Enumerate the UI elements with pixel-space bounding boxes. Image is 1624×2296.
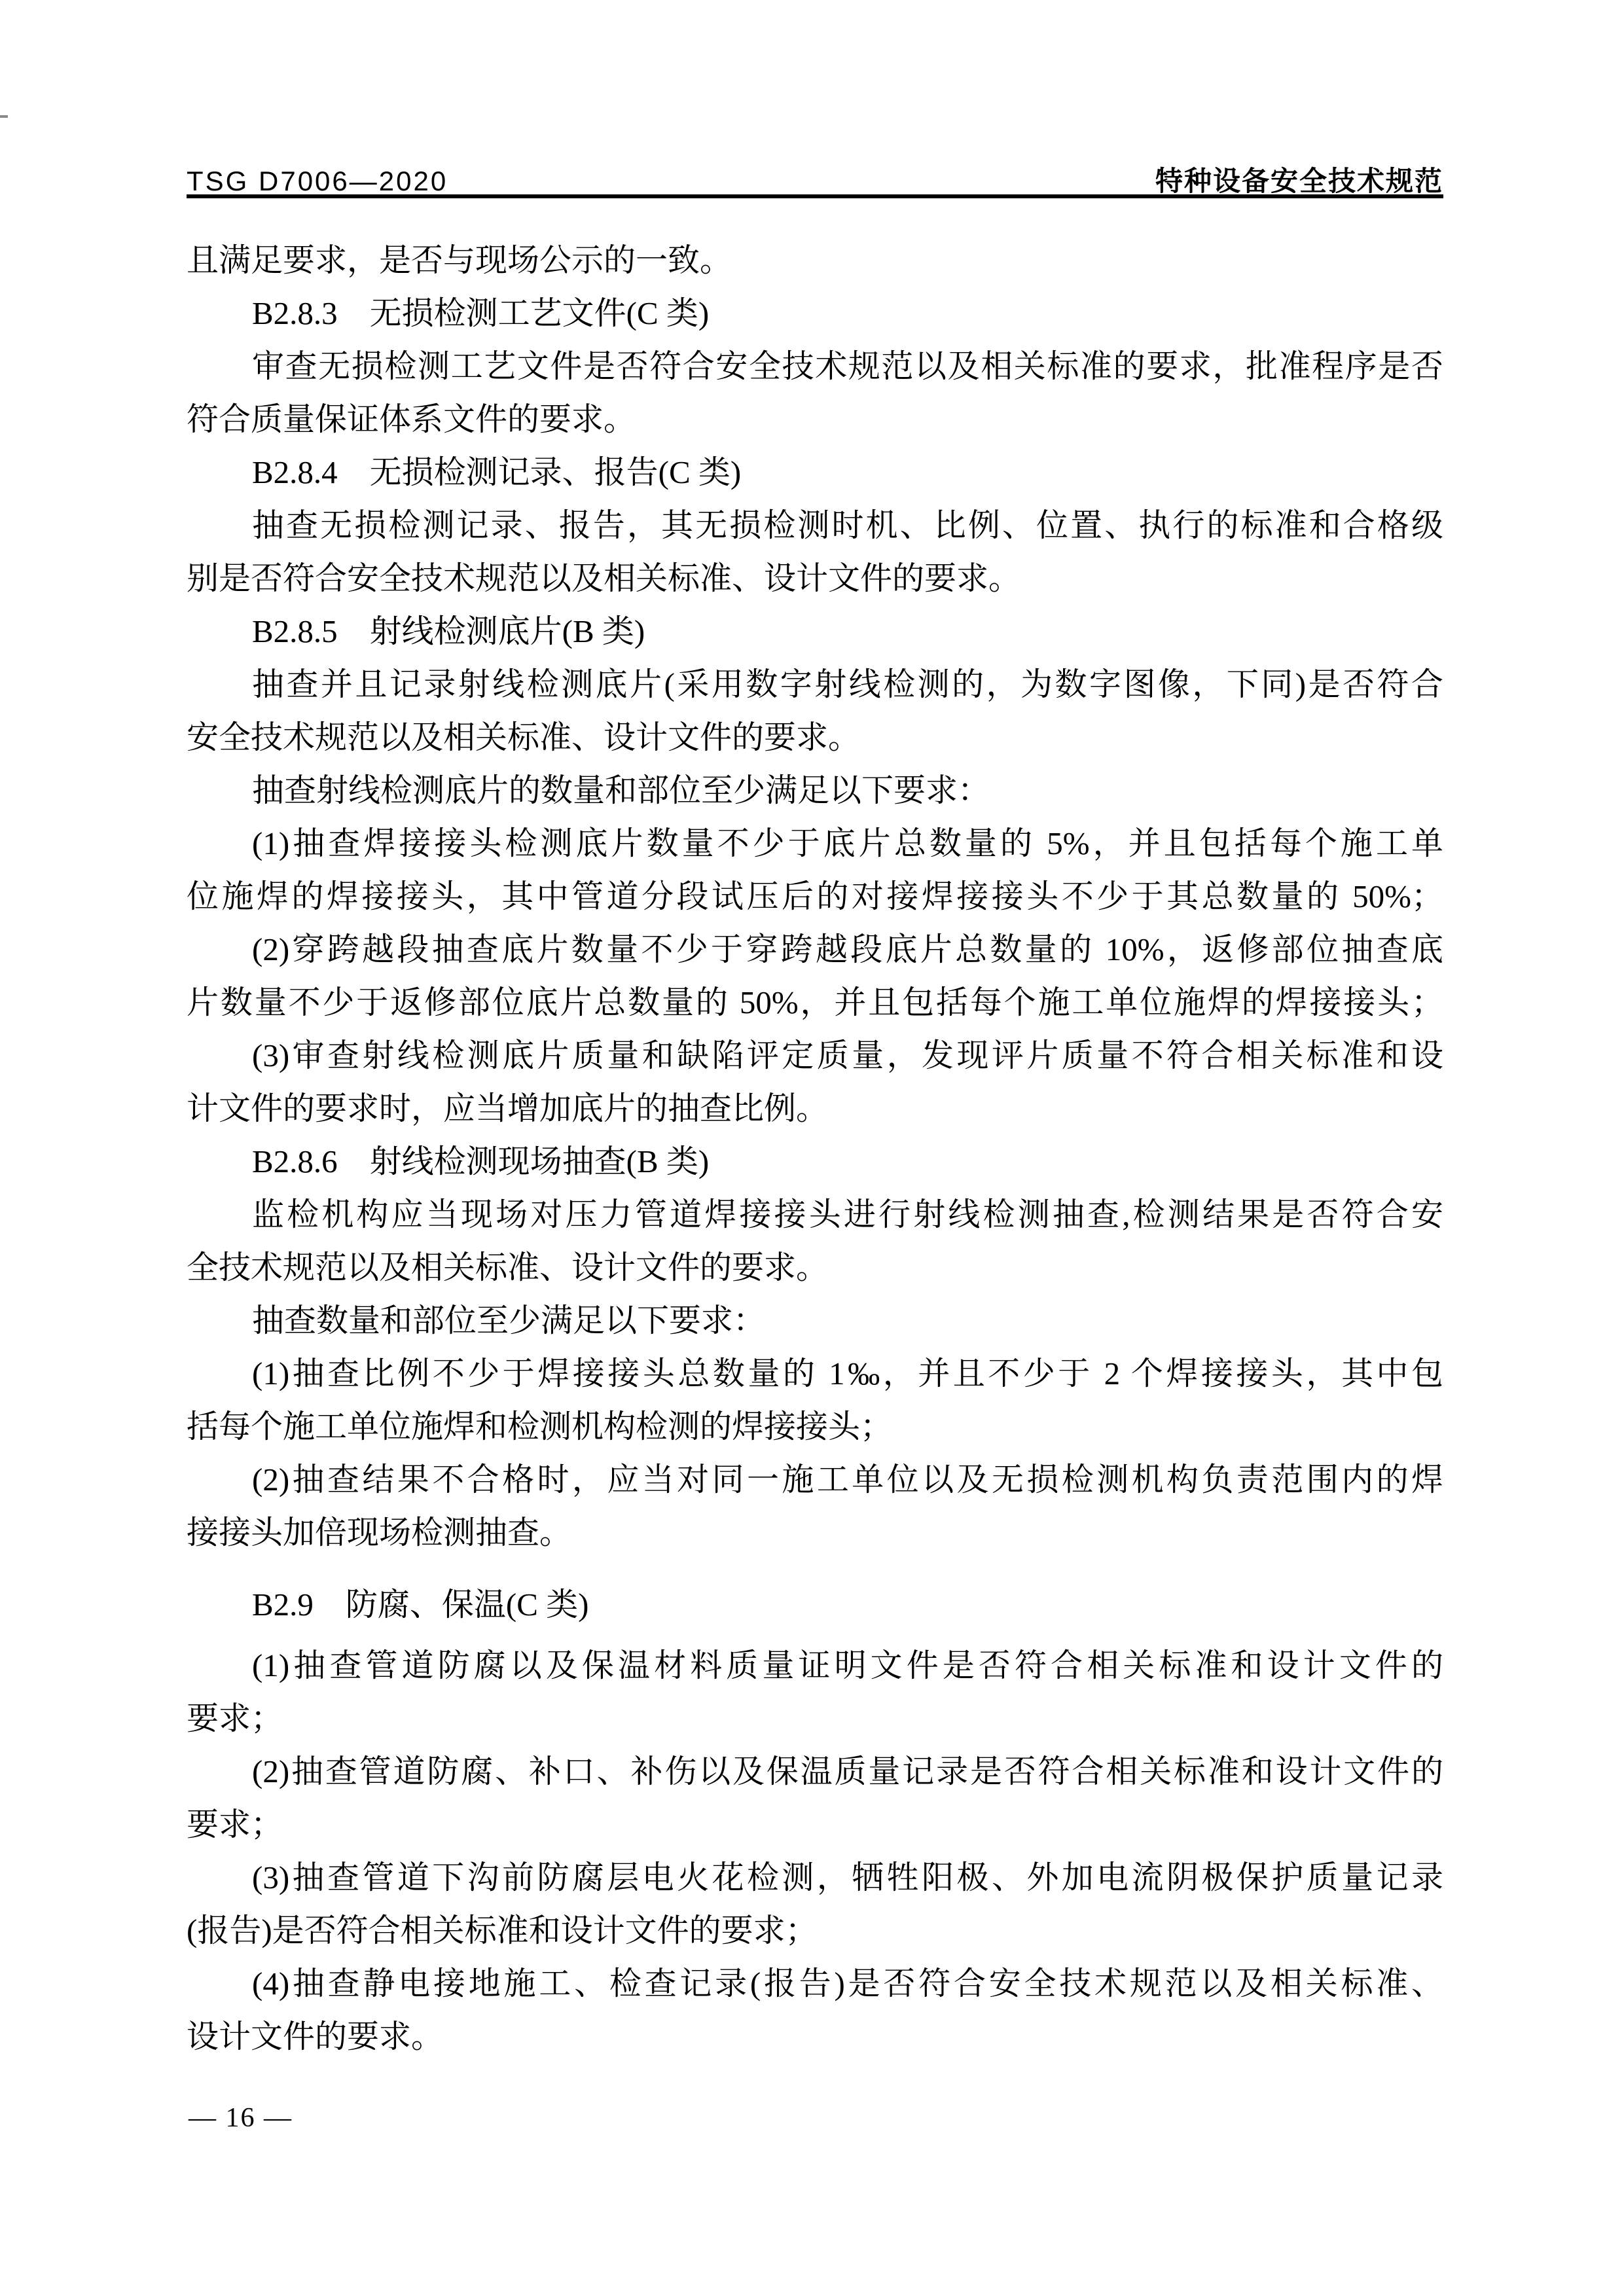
scan-artifact-mark [0, 115, 8, 118]
text-line: 全技术规范以及相关标准、设计文件的要求。 [187, 1241, 1443, 1294]
text-line: 位施焊的焊接接头，其中管道分段试压后的对接焊接接头不少于其总数量的 50%； [187, 870, 1443, 923]
text-line: 符合质量保证体系文件的要求。 [187, 393, 1443, 446]
text-line: 安全技术规范以及相关标准、设计文件的要求。 [187, 711, 1443, 764]
document-series-title: 特种设备安全技术规范 [1155, 160, 1443, 199]
text-line: (1)抽查比例不少于焊接接头总数量的 1‰，并且不少于 2 个焊接接头，其中包 [187, 1347, 1443, 1400]
text-line: 且满足要求，是否与现场公示的一致。 [187, 234, 1443, 287]
text-line: 计文件的要求时，应当增加底片的抽查比例。 [187, 1082, 1443, 1135]
text-line: 接接头加倍现场检测抽查。 [187, 1506, 1443, 1559]
text-line: 抽查并且记录射线检测底片(采用数字射线检测的，为数字图像，下同)是否符合 [187, 658, 1443, 711]
document-page: TSG D7006—2020 特种设备安全技术规范 且满足要求，是否与现场公示的… [0, 0, 1624, 2296]
text-line: (1)抽查焊接接头检测底片数量不少于底片总数量的 5%，并且包括每个施工单 [187, 817, 1443, 870]
text-line: (3)审查射线检测底片质量和缺陷评定质量，发现评片质量不符合相关标准和设 [187, 1029, 1443, 1082]
text-line: B2.9 防腐、保温(C 类) [187, 1578, 1443, 1631]
text-line: (2)抽查管道防腐、补口、补伤以及保温质量记录是否符合相关标准和设计文件的 [187, 1745, 1443, 1798]
text-line: (1)抽查管道防腐以及保温材料质量证明文件是否符合相关标准和设计文件的 [187, 1639, 1443, 1692]
text-line: 抽查数量和部位至少满足以下要求： [187, 1294, 1443, 1347]
page-number: — 16 — [189, 2092, 293, 2145]
text-line: 抽查无损检测记录、报告，其无损检测时机、比例、位置、执行的标准和合格级 [187, 499, 1443, 552]
text-line: B2.8.4 无损检测记录、报告(C 类) [187, 446, 1443, 499]
text-line: 设计文件的要求。 [187, 2010, 1443, 2063]
text-line: (4)抽查静电接地施工、检查记录(报告)是否符合安全技术规范以及相关标准、 [187, 1957, 1443, 2010]
text-line: B2.8.6 射线检测现场抽查(B 类) [187, 1135, 1443, 1188]
header-rule [187, 194, 1443, 198]
text-line: 括每个施工单位施焊和检测机构检测的焊接接头； [187, 1400, 1443, 1453]
text-line: 审查无损检测工艺文件是否符合安全技术规范以及相关标准的要求，批准程序是否 [187, 340, 1443, 393]
document-code: TSG D7006—2020 [187, 166, 448, 197]
text-line: 片数量不少于返修部位底片总数量的 50%，并且包括每个施工单位施焊的焊接接头； [187, 976, 1443, 1029]
page-header: TSG D7006—2020 特种设备安全技术规范 [187, 160, 1443, 199]
text-line: 要求； [187, 1798, 1443, 1851]
text-line: 要求； [187, 1692, 1443, 1745]
text-line: (2)抽查结果不合格时，应当对同一施工单位以及无损检测机构负责范围内的焊 [187, 1453, 1443, 1506]
text-line: 抽查射线检测底片的数量和部位至少满足以下要求： [187, 764, 1443, 817]
text-line: B2.8.3 无损检测工艺文件(C 类) [187, 287, 1443, 340]
text-line: (2)穿跨越段抽查底片数量不少于穿跨越段底片总数量的 10%，返修部位抽查底 [187, 923, 1443, 976]
text-line: (3)抽查管道下沟前防腐层电火花检测，牺牲阳极、外加电流阴极保护质量记录 [187, 1851, 1443, 1904]
text-line: B2.8.5 射线检测底片(B 类) [187, 605, 1443, 658]
document-body: 且满足要求，是否与现场公示的一致。B2.8.3 无损检测工艺文件(C 类)审查无… [187, 234, 1443, 2063]
text-line: 监检机构应当现场对压力管道焊接接头进行射线检测抽查,检测结果是否符合安 [187, 1188, 1443, 1241]
text-line: 别是否符合安全技术规范以及相关标准、设计文件的要求。 [187, 552, 1443, 605]
text-line: (报告)是否符合相关标准和设计文件的要求； [187, 1904, 1443, 1957]
